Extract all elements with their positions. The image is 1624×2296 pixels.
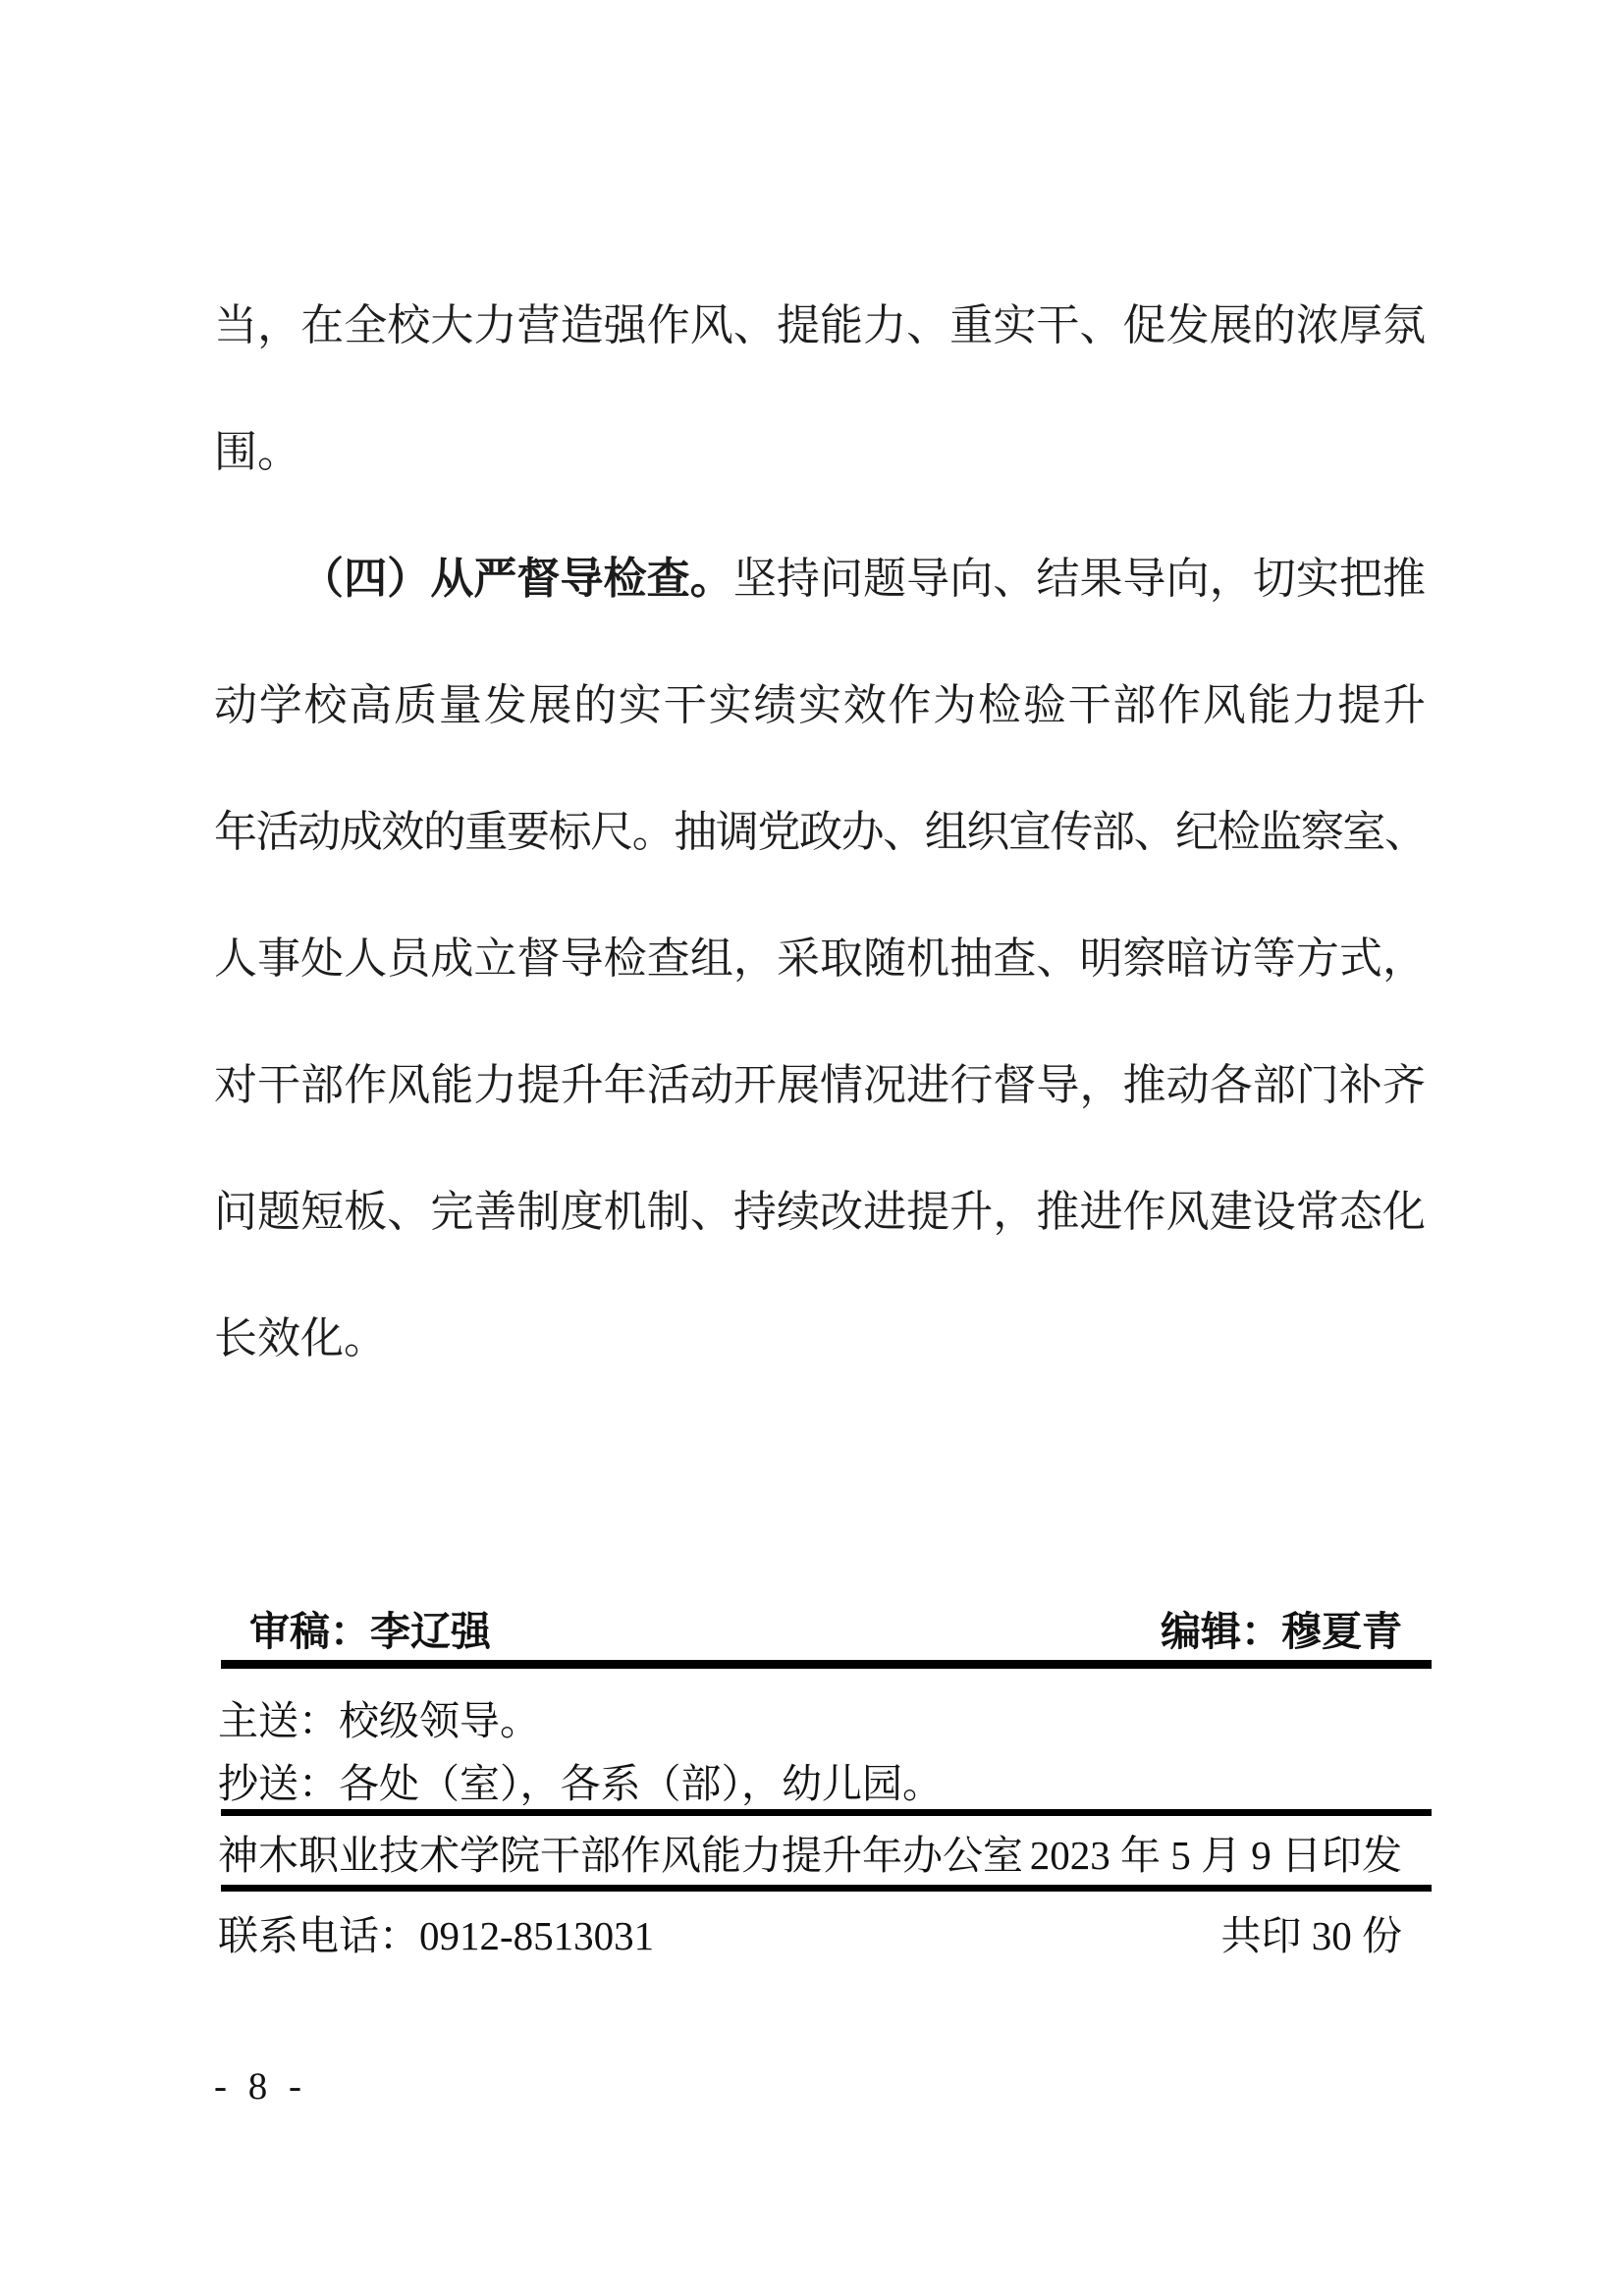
page-number: - 8 - (214, 2064, 307, 2109)
issuing-row: 神木职业技术学院干部作风能力提升年办公室 2023 年 5 月 9 日印发 (218, 1830, 1402, 1881)
body-line-8: 问题短板、完善制度机制、持续改进提升，推进作风建设常态化 (214, 1170, 1426, 1254)
section-four-heading: （四）从严督导检查。 (300, 555, 733, 603)
document-page: 当，在全校大力营造强作风、提能力、重实干、促发展的浓厚氛 围。 （四）从严督导检… (0, 0, 1624, 2296)
contact-row: 联系电话：0912-8513031 共印 30 份 (218, 1910, 1402, 1961)
section-four-text: 坚持问题导向、结果导向，切实把推 (733, 555, 1426, 603)
body-line-9: 长效化。 (214, 1297, 1426, 1380)
body-line-6: 人事处人员成立督导检查组，采取随机抽查、明察暗访等方式， (214, 917, 1426, 1000)
body-line-5: 年活动成效的重要标尺。抽调党政办、组织宣传部、纪检监察室、 (214, 790, 1426, 874)
print-copies: 共印 30 份 (1221, 1910, 1403, 1961)
contact-phone: 联系电话：0912-8513031 (218, 1910, 654, 1961)
reviewer-name: 审稿：李辽强 (218, 1606, 491, 1657)
main-send-row: 主送：校级领导。 (218, 1695, 1402, 1746)
copy-send-text: 抄送：各处（室），各系（部），幼儿园。 (218, 1758, 943, 1809)
document-body: 当，在全校大力营造强作风、提能力、重实干、促发展的浓厚氛 围。 （四）从严督导检… (214, 240, 1426, 1423)
body-line-2: 围。 (214, 410, 1426, 494)
body-line-1: 当，在全校大力营造强作风、提能力、重实干、促发展的浓厚氛 (214, 284, 1426, 367)
print-date: 2023 年 5 月 9 日印发 (1030, 1830, 1402, 1881)
footer-divider-bottom (221, 1885, 1432, 1892)
body-line-4: 动学校高质量发展的实干实绩实效作为检验干部作风能力提升 (214, 664, 1426, 747)
sign-row: 审稿：李辽强 编辑：穆夏青 (218, 1606, 1402, 1657)
copy-send-row: 抄送：各处（室），各系（部），幼儿园。 (218, 1758, 1402, 1809)
editor-name: 编辑：穆夏青 (1161, 1606, 1402, 1657)
main-send-text: 主送：校级领导。 (218, 1695, 540, 1746)
issuing-office: 神木职业技术学院干部作风能力提升年办公室 (218, 1830, 1023, 1881)
footer-divider-middle (221, 1809, 1432, 1816)
body-line-7: 对干部作风能力提升年活动开展情况进行督导，推动各部门补齐 (214, 1043, 1426, 1127)
footer-divider-top (221, 1660, 1432, 1669)
body-line-3: （四）从严督导检查。坚持问题导向、结果导向，切实把推 (214, 537, 1426, 620)
